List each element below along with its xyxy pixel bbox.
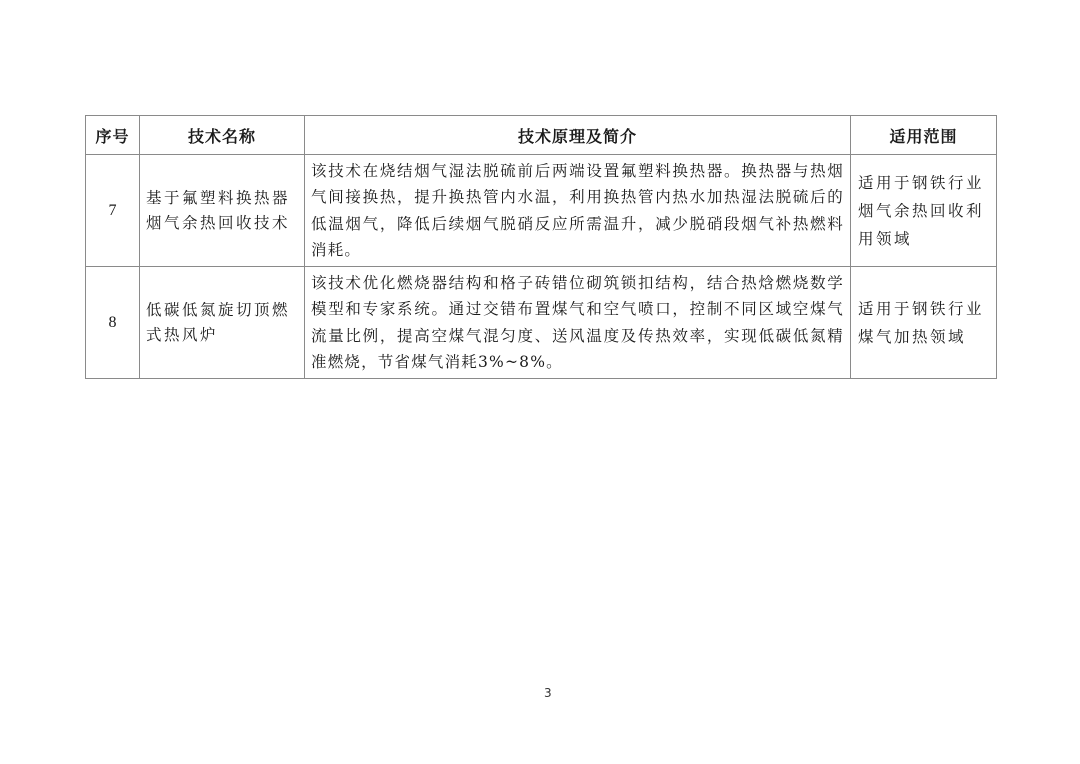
table-row: 7 基于氟塑料换热器烟气余热回收技术 该技术在烧结烟气湿法脱硫前后两端设置氟塑料… <box>86 155 997 267</box>
row-no: 8 <box>86 267 140 379</box>
row-scope: 适用于钢铁行业烟气余热回收利用领域 <box>851 155 997 267</box>
row-description: 该技术在烧结烟气湿法脱硫前后两端设置氟塑料换热器。换热器与热烟气间接换热，提升换… <box>305 155 851 267</box>
table-header-row: 序号 技术名称 技术原理及简介 适用范围 <box>86 116 997 155</box>
row-tech-name: 基于氟塑料换热器烟气余热回收技术 <box>140 155 305 267</box>
row-scope: 适用于钢铁行业煤气加热领域 <box>851 267 997 379</box>
row-no: 7 <box>86 155 140 267</box>
header-description: 技术原理及简介 <box>305 116 851 155</box>
header-no: 序号 <box>86 116 140 155</box>
technology-table: 序号 技术名称 技术原理及简介 适用范围 7 基于氟塑料换热器烟气余热回收技术 … <box>85 115 997 379</box>
header-scope: 适用范围 <box>851 116 997 155</box>
header-name: 技术名称 <box>140 116 305 155</box>
row-description: 该技术优化燃烧器结构和格子砖错位砌筑锁扣结构，结合热焓燃烧数学模型和专家系统。通… <box>305 267 851 379</box>
table-row: 8 低碳低氮旋切顶燃式热风炉 该技术优化燃烧器结构和格子砖错位砌筑锁扣结构，结合… <box>86 267 997 379</box>
row-tech-name: 低碳低氮旋切顶燃式热风炉 <box>140 267 305 379</box>
page-number: 3 <box>544 686 552 700</box>
